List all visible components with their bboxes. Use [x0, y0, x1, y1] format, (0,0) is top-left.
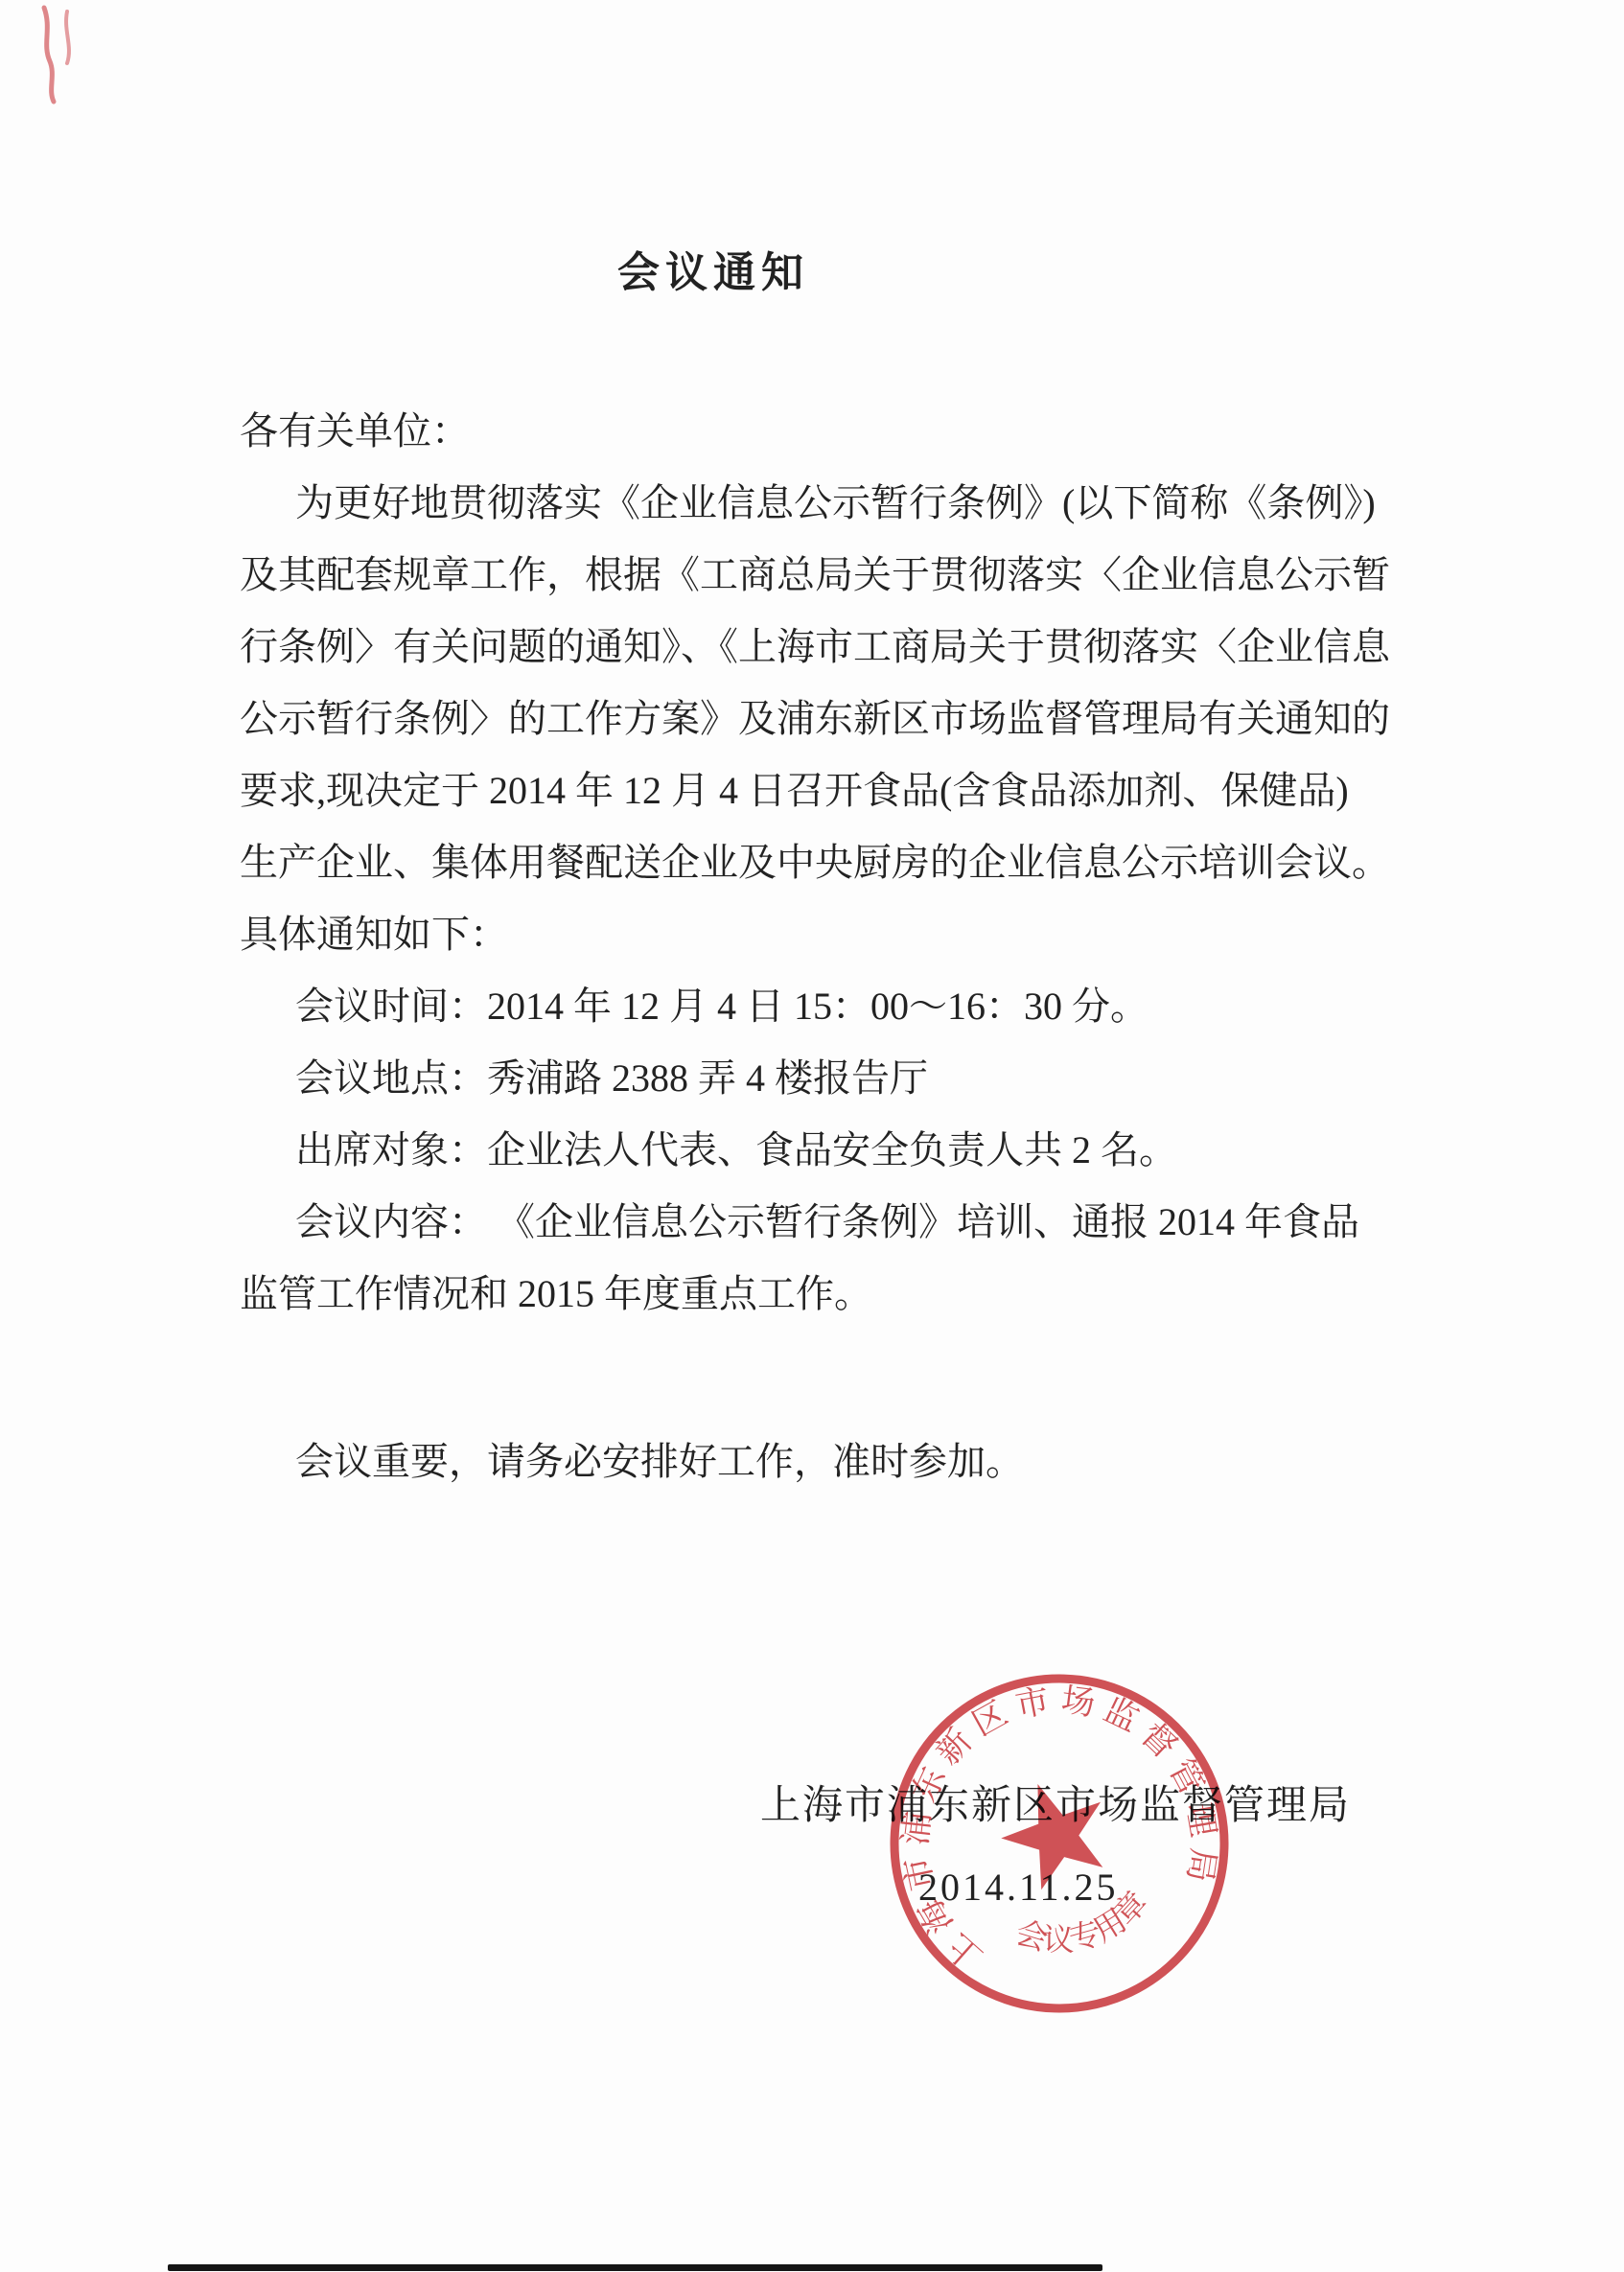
svg-text:会议专用章: 会议专用章	[1002, 1871, 1162, 1980]
closing-line: 会议重要，请务必安排好工作，准时参加。	[240, 1426, 1024, 1497]
scan-edge-bar	[168, 2264, 1102, 2271]
body-line: 会议内容： 《企业信息公示暂行条例》培训、通报 2014 年食品	[240, 1186, 1409, 1258]
body-line: 具体通知如下：	[240, 898, 1409, 970]
body-line: 要求,现决定于 2014 年 12 月 4 日召开食品(含食品添加剂、保健品)	[240, 754, 1409, 826]
body-line: 为更好地贯彻落实《企业信息公示暂行条例》(以下简称《条例》)	[240, 467, 1409, 539]
body-line: 会议地点：秀浦路 2388 弄 4 楼报告厅	[240, 1042, 1409, 1114]
body-line: 及其配套规章工作，根据《工商总局关于贯彻落实〈企业信息公示暂	[240, 539, 1409, 611]
red-pen-marks	[31, 2, 117, 127]
seal-star-icon	[988, 1766, 1123, 1896]
scanned-notice-document: 会议通知 各有关单位：为更好地贯彻落实《企业信息公示暂行条例》(以下简称《条例》…	[0, 0, 1624, 2272]
body-line: 生产企业、集体用餐配送企业及中央厨房的企业信息公示培训会议。	[240, 826, 1409, 898]
body-line: 监管工作情况和 2015 年度重点工作。	[240, 1258, 1409, 1330]
body-line: 行条例〉有关问题的通知》、《上海市工商局关于贯彻落实〈企业信息	[240, 611, 1409, 683]
body-line: 公示暂行条例〉的工作方案》及浦东新区市场监督管理局有关通知的	[240, 683, 1409, 754]
official-seal: 上海市浦东新区市场监督管理局 会议专用章	[877, 1661, 1241, 2026]
seal-bottom-text: 会议专用章	[1002, 1871, 1162, 1980]
notice-body: 各有关单位：为更好地贯彻落实《企业信息公示暂行条例》(以下简称《条例》)及其配套…	[240, 395, 1409, 1330]
document-title: 会议通知	[617, 238, 809, 299]
body-line: 各有关单位：	[240, 395, 1409, 467]
body-line: 出席对象：企业法人代表、食品安全负责人共 2 名。	[240, 1114, 1409, 1186]
body-line: 会议时间：2014 年 12 月 4 日 15：00～16：30 分。	[240, 970, 1409, 1042]
